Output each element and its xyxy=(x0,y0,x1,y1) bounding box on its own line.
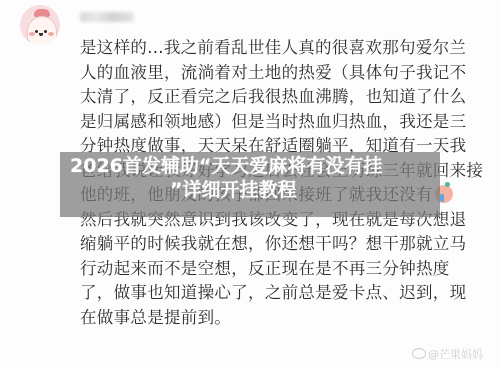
comment-line: 在做事总是提前到。 xyxy=(80,306,480,331)
avatar-face-icon xyxy=(27,16,57,45)
overlay-title-line-1: 2026首发辅助“天天爱麻将有没有挂 xyxy=(70,154,450,178)
title-overlay-text: 2026首发辅助“天天爱麻将有没有挂 ”详细开挂教程 xyxy=(70,154,450,202)
comment-line: 是这样的...我之前看乱世佳人真的很喜欢那句爱尔兰 xyxy=(80,36,480,61)
weibo-icon xyxy=(412,348,426,359)
comment-line: 缩躺平的时候我就在想，你还想干吗？想干那就立马 xyxy=(80,232,480,257)
avatar-eye-icon xyxy=(44,30,47,33)
avatar[interactable] xyxy=(20,5,60,45)
comment-line: 人的血液里，流淌着对土地的热爱（具体句子我记不 xyxy=(80,61,480,86)
comment-screenshot: 是这样的...我之前看乱世佳人真的很喜欢那句爱尔兰 人的血液里，流淌着对土地的热… xyxy=(0,0,500,367)
avatar-blush-icon xyxy=(48,32,54,36)
avatar-eye-icon xyxy=(35,30,38,33)
watermark: @芒果妈妈 xyxy=(412,346,483,362)
comment-line: 是归属感和领地感）但是当时热血归热血，我还是三 xyxy=(80,110,480,135)
avatar-blush-icon xyxy=(29,32,35,36)
overlay-title-line-2: ”详细开挂教程 xyxy=(70,178,450,202)
comment-line: 行动起来而不是空想，反正现在是不再三分钟热度 xyxy=(80,257,480,282)
watermark-text: @芒果妈妈 xyxy=(428,348,483,361)
username-blurred[interactable] xyxy=(80,12,134,22)
comment-line: 太清了，反正看完之后我很热血沸腾，也知道了什么 xyxy=(80,85,480,110)
comment-line: 了，做事也知道操心了，之前总是爱卡点、迟到，现 xyxy=(80,281,480,306)
